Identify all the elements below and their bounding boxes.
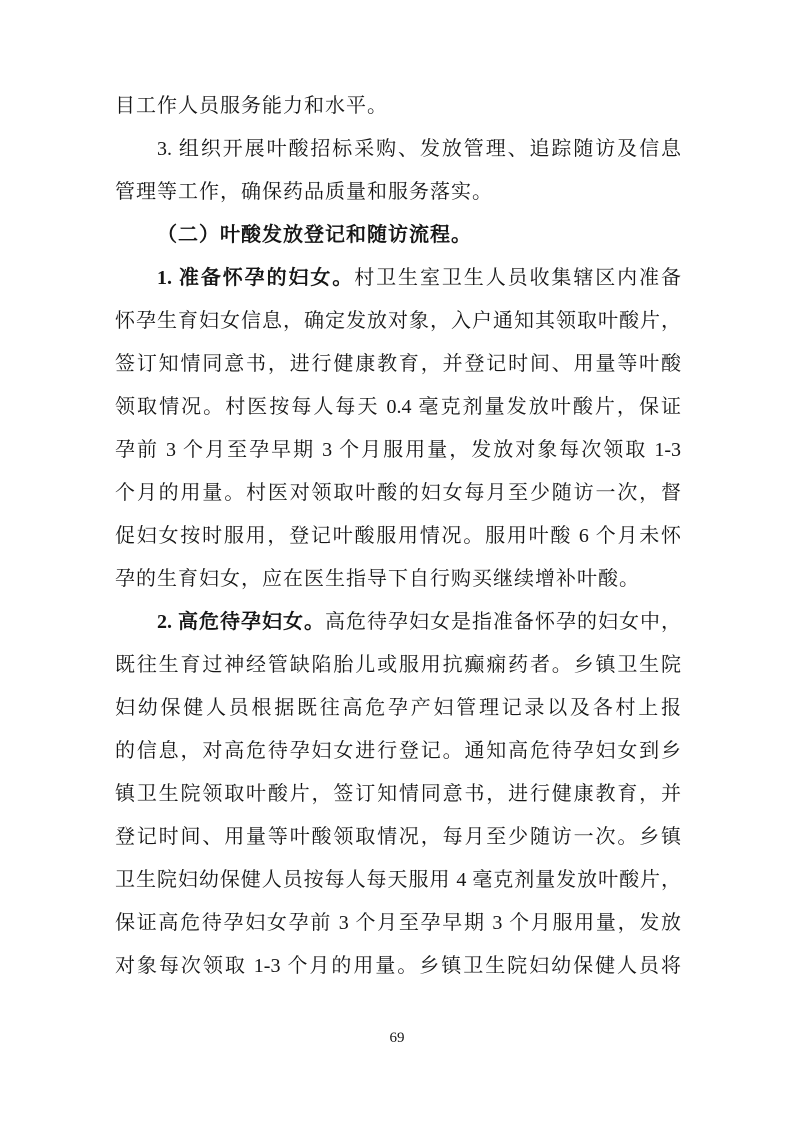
text-segment: 怀孕生育妇女信息，确定发放对象，入户通知其领取叶酸片， (115, 310, 681, 332)
text-line-11: 促妇女按时服用，登记叶酸服用情况。服用叶酸 6 个月未怀 (115, 515, 681, 558)
text-segment: 镇卫生院领取叶酸片，签订知情同意书，进行健康教育，并 (115, 783, 681, 805)
text-line-13: 2. 高危待孕妇女。高危待孕妇女是指准备怀孕的妇女中， (115, 601, 681, 644)
text-line-19: 卫生院妇幼保健人员按每人每天服用 4 毫克剂量发放叶酸片， (115, 859, 681, 902)
text-line-17: 镇卫生院领取叶酸片，签订知情同意书，进行健康教育，并 (115, 773, 681, 816)
text-segment: 签订知情同意书，进行健康教育，并登记时间、用量等叶酸 (115, 353, 681, 375)
text-line-5: 1. 准备怀孕的妇女。村卫生室卫生人员收集辖区内准备 (115, 257, 681, 300)
text-line-1: 目工作人员服务能力和水平。 (115, 85, 681, 128)
text-segment: 登记时间、用量等叶酸领取情况，每月至少随访一次。乡镇 (115, 826, 681, 848)
text-line-8: 领取情况。村医按每人每天 0.4 毫克剂量发放叶酸片，保证 (115, 386, 681, 429)
text-segment: 个月的用量。村医对领取叶酸的妇女每月至少随访一次，督 (115, 482, 681, 504)
text-segment: 保证高危待孕妇女孕前 3 个月至孕早期 3 个月服用量，发放 (115, 912, 681, 934)
text-segment: 妇幼保健人员根据既往高危孕产妇管理记录以及各村上报 (115, 697, 681, 719)
text-segment: 孕的生育妇女，应在医生指导下自行购买继续增补叶酸。 (115, 568, 640, 590)
text-line-20: 保证高危待孕妇女孕前 3 个月至孕早期 3 个月服用量，发放 (115, 902, 681, 945)
text-segment: 目工作人员服务能力和水平。 (115, 95, 388, 117)
bold-text-segment: （二）叶酸发放登记和随访流程。 (157, 224, 472, 246)
text-segment: 管理等工作，确保药品质量和服务落实。 (115, 181, 493, 203)
document-body: 目工作人员服务能力和水平。3. 组织开展叶酸招标采购、发放管理、追踪随访及信息管… (115, 85, 681, 988)
text-line-15: 妇幼保健人员根据既往高危孕产妇管理记录以及各村上报 (115, 687, 681, 730)
text-line-18: 登记时间、用量等叶酸领取情况，每月至少随访一次。乡镇 (115, 816, 681, 859)
text-segment: 孕前 3 个月至孕早期 3 个月服用量，发放对象每次领取 1-3 (115, 439, 681, 461)
text-line-12: 孕的生育妇女，应在医生指导下自行购买继续增补叶酸。 (115, 558, 681, 601)
text-segment: 村卫生室卫生人员收集辖区内准备 (354, 267, 681, 289)
text-line-14: 既往生育过神经管缺陷胎儿或服用抗癫痫药者。乡镇卫生院 (115, 644, 681, 687)
text-segment: 领取情况。村医按每人每天 0.4 毫克剂量发放叶酸片，保证 (115, 396, 681, 418)
text-line-2: 3. 组织开展叶酸招标采购、发放管理、追踪随访及信息 (115, 128, 681, 171)
text-segment: 促妇女按时服用，登记叶酸服用情况。服用叶酸 6 个月未怀 (115, 525, 681, 547)
bold-text-segment: 2. 高危待孕妇女。 (157, 611, 325, 633)
text-line-6: 怀孕生育妇女信息，确定发放对象，入户通知其领取叶酸片， (115, 300, 681, 343)
text-line-21: 对象每次领取 1-3 个月的用量。乡镇卫生院妇幼保健人员将 (115, 945, 681, 988)
text-line-4: （二）叶酸发放登记和随访流程。 (115, 214, 681, 257)
text-line-9: 孕前 3 个月至孕早期 3 个月服用量，发放对象每次领取 1-3 (115, 429, 681, 472)
text-segment: 对象每次领取 1-3 个月的用量。乡镇卫生院妇幼保健人员将 (115, 955, 681, 977)
text-segment: 高危待孕妇女是指准备怀孕的妇女中， (325, 611, 681, 633)
bold-text-segment: 1. 准备怀孕的妇女。 (157, 267, 354, 289)
text-segment: 既往生育过神经管缺陷胎儿或服用抗癫痫药者。乡镇卫生院 (115, 654, 681, 676)
text-line-16: 的信息，对高危待孕妇女进行登记。通知高危待孕妇女到乡 (115, 730, 681, 773)
text-segment: 3. 组织开展叶酸招标采购、发放管理、追踪随访及信息 (157, 138, 681, 160)
text-segment: 的信息，对高危待孕妇女进行登记。通知高危待孕妇女到乡 (115, 740, 681, 762)
page-number: 69 (0, 1028, 794, 1048)
text-line-3: 管理等工作，确保药品质量和服务落实。 (115, 171, 681, 214)
text-line-10: 个月的用量。村医对领取叶酸的妇女每月至少随访一次，督 (115, 472, 681, 515)
document-page: 目工作人员服务能力和水平。3. 组织开展叶酸招标采购、发放管理、追踪随访及信息管… (0, 0, 794, 1122)
text-line-7: 签订知情同意书，进行健康教育，并登记时间、用量等叶酸 (115, 343, 681, 386)
text-segment: 卫生院妇幼保健人员按每人每天服用 4 毫克剂量发放叶酸片， (115, 869, 681, 891)
